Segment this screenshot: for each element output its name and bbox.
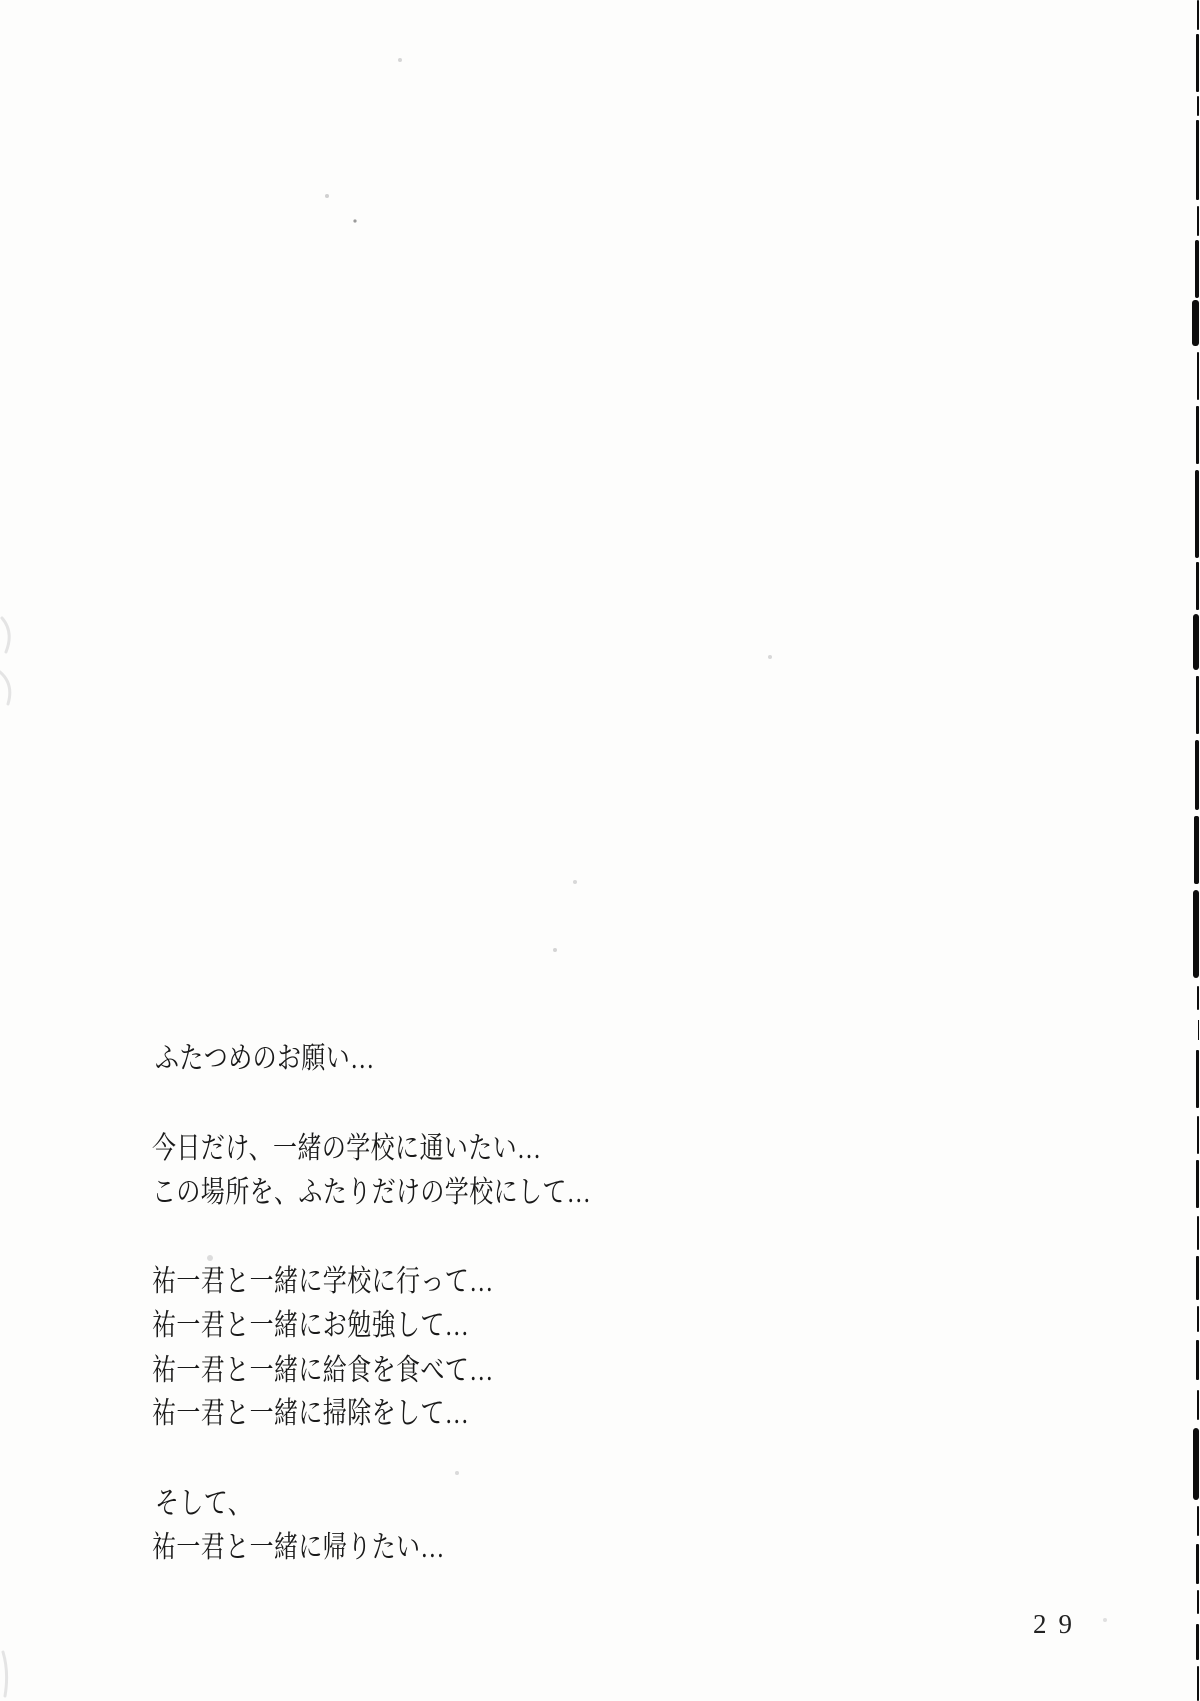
scanned-page: ふたつめのお願い… 今日だけ、一緒の学校に通いたい… この場所を、ふたりだけの学… [0, 0, 1200, 1701]
page-number: 29 [1033, 1611, 1084, 1638]
scan-speck [207, 58, 1107, 1622]
text-line: 祐一君と一緒にお勉強して… [152, 1311, 469, 1341]
text-line: そして、 [155, 1489, 252, 1519]
text-line: 今日だけ、一緒の学校に通いたい… [152, 1134, 541, 1164]
text-line: 祐一君と一緒に掃除をして… [152, 1399, 469, 1429]
text-line: この場所を、ふたりだけの学校にして… [152, 1178, 591, 1208]
text-line: 祐一君と一緒に給食を食べて… [152, 1356, 494, 1386]
text-line: 祐一君と一緒に学校に行って… [152, 1267, 494, 1297]
scan-edge-artifact [0, 0, 1200, 1701]
text-line: 祐一君と一緒に帰りたい… [152, 1533, 445, 1563]
scan-fold-mark [0, 618, 10, 1696]
text-line: ふたつめのお願い… [155, 1044, 375, 1074]
